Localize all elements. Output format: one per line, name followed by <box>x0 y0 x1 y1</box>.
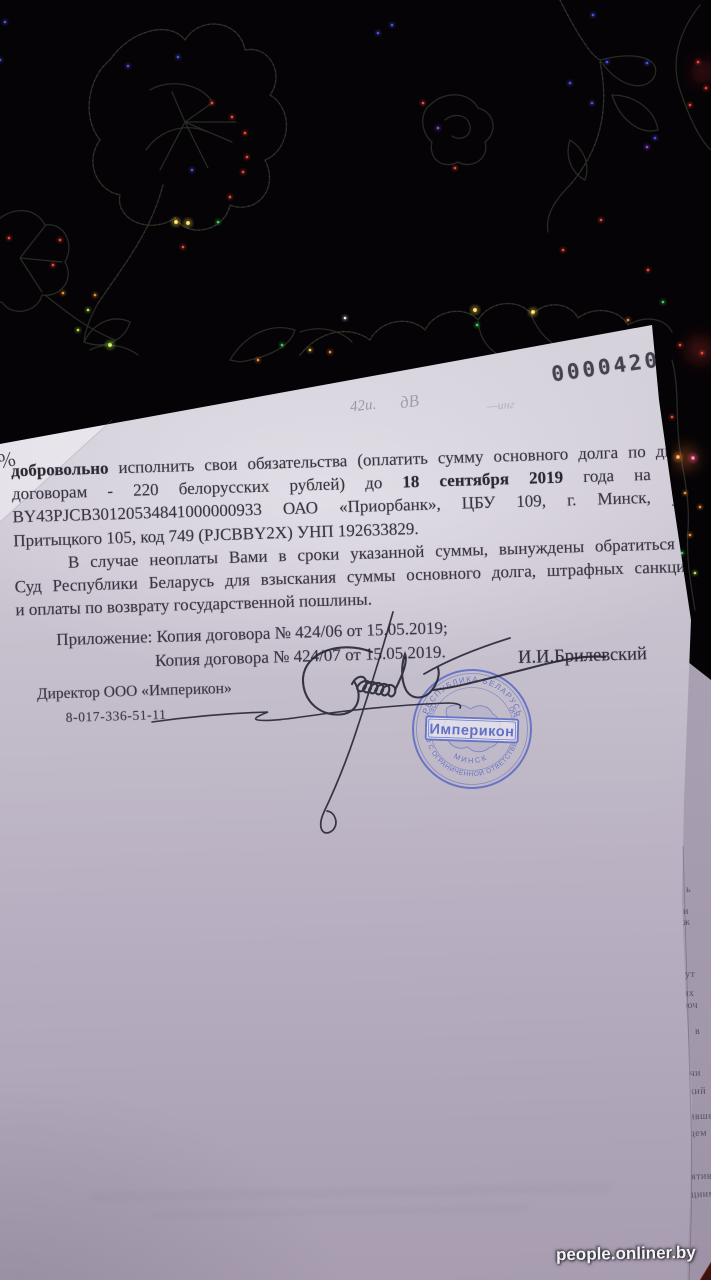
body-paragraphs: добровольно исполнить свои обязательства… <box>11 439 697 676</box>
sequin <box>645 267 651 273</box>
sequin <box>682 490 688 496</box>
photo-of-debt-letter: ьижутихючвачижийившещемятивциим 0000420 … <box>0 0 711 1280</box>
serial-number-stamp: 0000420 <box>550 347 662 386</box>
document-text-block: добровольно исполнить свои обязательства… <box>11 439 697 676</box>
sequin <box>279 342 285 348</box>
sequin <box>528 307 538 317</box>
underlying-text-fragment: ь <box>686 884 691 895</box>
underlying-text-fragment: в <box>695 1026 701 1037</box>
sequin <box>695 59 701 65</box>
sequin <box>342 315 348 321</box>
sequin <box>240 169 246 175</box>
sequin <box>105 340 115 350</box>
sequin <box>697 504 703 510</box>
sequin <box>57 237 63 243</box>
sequin <box>60 290 66 296</box>
sequin <box>75 327 81 333</box>
sequin <box>703 85 709 91</box>
paper-smudge <box>90 1183 610 1201</box>
sequin <box>180 244 186 250</box>
sequin <box>644 144 650 150</box>
sequin <box>567 80 573 86</box>
sequin <box>687 532 693 538</box>
sequin <box>644 60 650 66</box>
sequin <box>183 218 193 228</box>
sequin <box>255 357 261 363</box>
sequin <box>209 100 215 106</box>
signatory-name: И.И.Брилевский <box>518 644 647 669</box>
sequin <box>327 349 333 355</box>
underlying-text-fragment: ивше <box>689 1111 711 1123</box>
sequin <box>692 570 698 576</box>
sequin <box>688 453 698 463</box>
sequin <box>560 247 566 253</box>
bold-text-segment: добровольно <box>11 458 109 480</box>
underlying-text-fragment: юч <box>685 1000 699 1011</box>
sequin <box>604 59 610 65</box>
sequin <box>598 217 604 223</box>
sequin <box>6 235 12 241</box>
sequin <box>85 307 91 313</box>
sequin <box>435 125 441 131</box>
sequin <box>229 114 235 120</box>
signatory-title: Директор ООО «Империкон» <box>37 680 232 704</box>
signatory-phone: 8-017-336-51-11 <box>66 707 167 726</box>
sequin <box>242 130 248 136</box>
underlying-text-fragment: ж <box>683 917 691 928</box>
sequin <box>227 194 233 200</box>
bleedthrough-mark: дВ <box>399 391 421 413</box>
sequin <box>452 165 458 171</box>
bold-text-segment: 18 сентября 2019 <box>402 468 563 492</box>
sequin <box>673 452 683 462</box>
sequin <box>389 22 395 28</box>
underlying-text-fragment: циим <box>691 1189 711 1201</box>
sequin <box>590 12 596 18</box>
bleedthrough-mark: —инг <box>487 397 515 414</box>
sequin <box>625 317 631 323</box>
underlying-text-fragment: ятив <box>691 1171 711 1183</box>
bleedthrough-mark: 42и. <box>349 397 377 417</box>
sequin <box>189 167 195 173</box>
sequin <box>699 350 705 356</box>
sequin <box>677 342 683 348</box>
sequin <box>420 100 426 106</box>
sequin <box>50 262 56 268</box>
sequin <box>244 154 250 160</box>
sequin <box>669 414 675 420</box>
underlying-text-fragment: ут <box>685 969 696 980</box>
sequin <box>660 299 666 305</box>
sequin <box>307 347 313 353</box>
paper-smudge <box>150 1205 530 1219</box>
sequin <box>125 63 131 69</box>
sequin <box>215 219 221 225</box>
sequin <box>92 292 98 298</box>
sequin <box>175 54 181 60</box>
sequin <box>474 322 480 328</box>
sequin <box>687 102 693 108</box>
sequin <box>375 30 381 36</box>
sequin <box>652 135 658 141</box>
underlying-text-fragment: и <box>683 906 689 917</box>
sequin <box>589 100 595 106</box>
watermark: people.onliner.by <box>556 1243 696 1265</box>
sequin <box>171 217 181 227</box>
sequin <box>2 19 8 25</box>
sequin <box>470 305 480 315</box>
